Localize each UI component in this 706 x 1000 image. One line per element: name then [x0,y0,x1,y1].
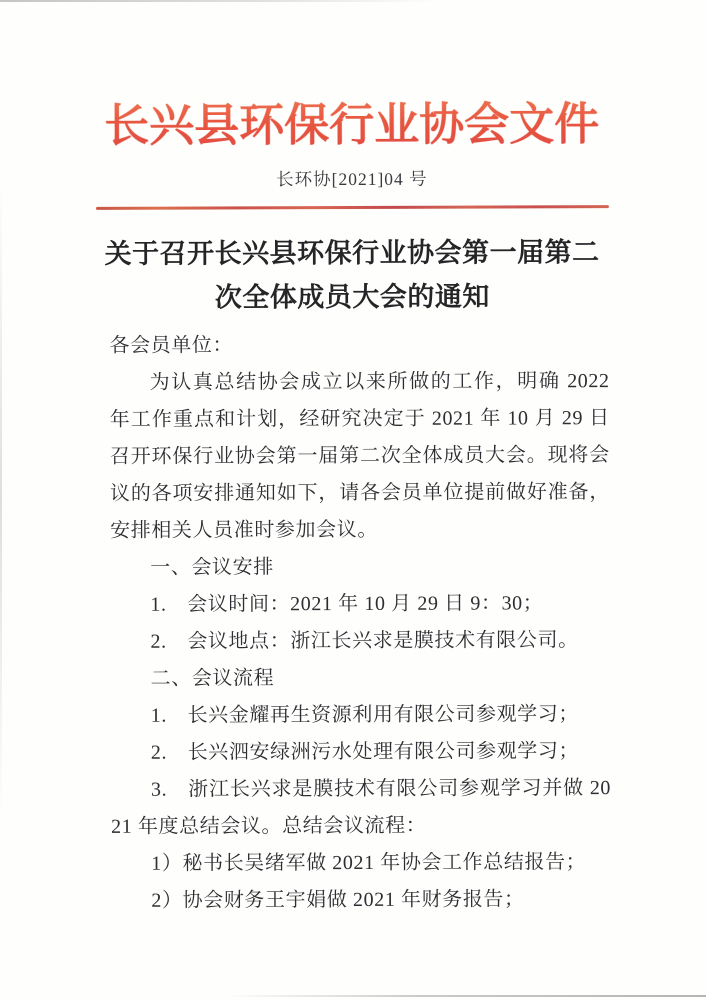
red-divider-line [96,205,609,210]
body-line: 1. 长兴金耀再生资源利用有限公司参观学习； [111,696,611,735]
body-line: 3. 浙江长兴求是膜技术有限公司参观学习并做 2021 年度总结会议。总结会议流… [111,770,611,846]
scan-edge-bottom [226,995,706,997]
document-body: 各会员单位：为认真总结协会成立以来所做的工作，明确 2022 年工作重点和计划，… [109,326,611,920]
body-line: 2. 长兴泗安绿洲污水处理有限公司参观学习； [111,733,611,772]
body-line: 各会员单位： [109,326,609,365]
body-line: 为认真总结协会成立以来所做的工作，明确 2022 年工作重点和计划，经研究决定于… [110,363,611,550]
body-line: 2）协会财务王宇娟做 2021 年财务报告； [111,881,611,920]
body-line: 二、会议流程 [111,659,611,698]
body-line: 1. 会议时间：2021 年 10 月 29 日 9：30； [110,585,610,624]
body-line: 一、会议安排 [110,548,610,587]
letterhead-title: 长兴县环保行业协会文件 [0,87,705,154]
body-line: 1）秘书长吴绪军做 2021 年协会工作总结报告； [111,844,611,883]
body-line: 2. 会议地点：浙江长兴求是膜技术有限公司。 [110,622,610,661]
document-page: 长兴县环保行业协会文件 长环协[2021]04 号 关于召开长兴县环保行业协会第… [0,0,706,1000]
notice-title: 关于召开长兴县环保行业协会第一届第二次全体成员大会的通知 [104,230,600,320]
document-content: 长兴县环保行业协会文件 长环协[2021]04 号 关于召开长兴县环保行业协会第… [0,0,706,1000]
document-number: 长环协[2021]04 号 [0,165,705,192]
